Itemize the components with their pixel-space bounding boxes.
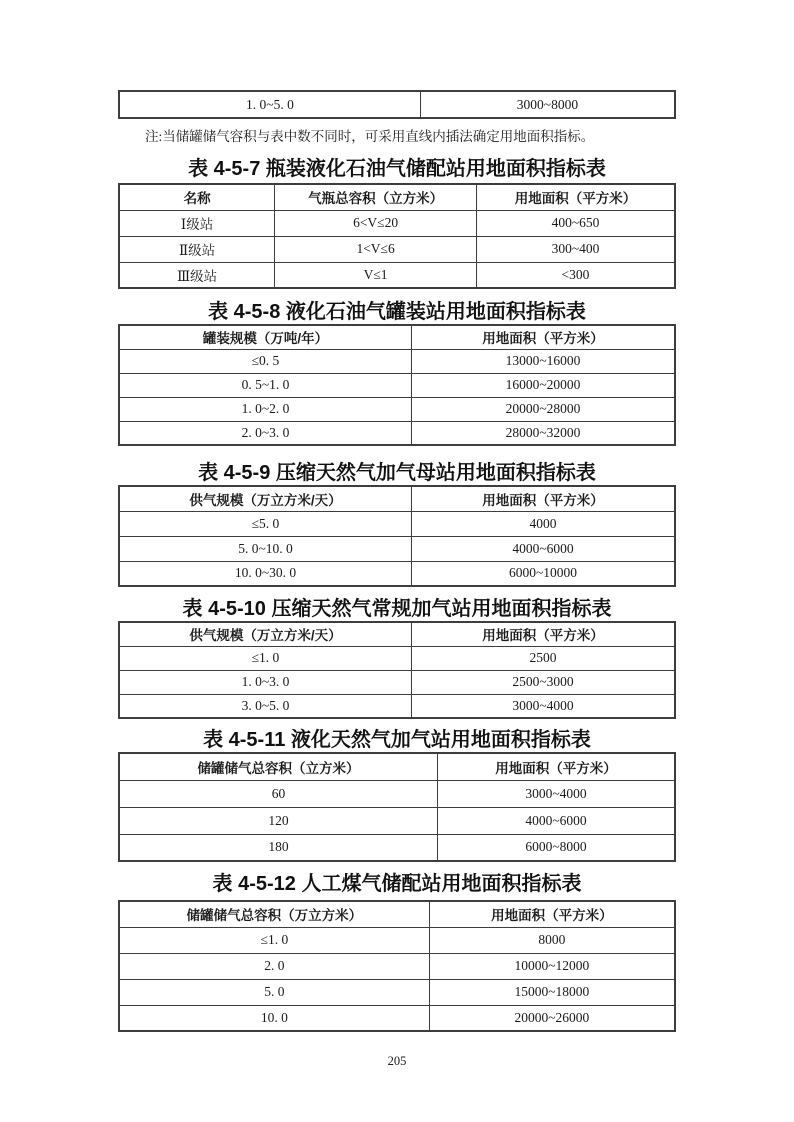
table-cell: 2500 — [411, 646, 675, 670]
table-row: 5. 015000~18000 — [119, 979, 675, 1005]
table-row: 1. 0~2. 020000~28000 — [119, 397, 675, 421]
document-page: 1. 0~5. 03000~8000 注:当储罐储气容积与表中数不同时，可采用直… — [0, 0, 794, 1122]
table-cell: 13000~16000 — [411, 349, 675, 373]
table-row: Ⅲ级站V≤1<300 — [119, 262, 675, 288]
page-number: 205 — [118, 1054, 676, 1069]
table-cell: 3. 0~5. 0 — [119, 694, 411, 718]
table-header-cell: 储罐储气总容积（立方米） — [119, 753, 438, 780]
table-cell: 1<V≤6 — [275, 236, 477, 262]
table-row: 1806000~8000 — [119, 834, 675, 861]
table-4-5-9: 供气规模（万立方米/天）用地面积（平方米）≤5. 040005. 0~10. 0… — [118, 485, 676, 587]
table-cell: 10. 0 — [119, 1005, 429, 1031]
table-cell: 16000~20000 — [411, 373, 675, 397]
table-row: 10. 020000~26000 — [119, 1005, 675, 1031]
table-cell: 3000~8000 — [420, 91, 675, 118]
table-row: 603000~4000 — [119, 780, 675, 807]
table-header-cell: 名称 — [119, 184, 275, 210]
table-cell: 10. 0~30. 0 — [119, 561, 411, 586]
table-cell: 5. 0 — [119, 979, 429, 1005]
table-cell: 300~400 — [476, 236, 675, 262]
table-cell: 4000 — [411, 511, 675, 536]
table-4-5-8: 罐装规模（万吨/年）用地面积（平方米）≤0. 513000~160000. 5~… — [118, 324, 676, 446]
table-cell: 8000 — [429, 927, 675, 953]
table-row: 1. 0~3. 02500~3000 — [119, 670, 675, 694]
table-cell: 2. 0~3. 0 — [119, 421, 411, 445]
table-row: 0. 5~1. 016000~20000 — [119, 373, 675, 397]
table-row: 3. 0~5. 03000~4000 — [119, 694, 675, 718]
table-cell: ≤0. 5 — [119, 349, 411, 373]
table-cell: 2. 0 — [119, 953, 429, 979]
table-row: Ⅰ级站6<V≤20400~650 — [119, 210, 675, 236]
table-cell: 60 — [119, 780, 438, 807]
table-cell: 5. 0~10. 0 — [119, 536, 411, 561]
table-header-cell: 用地面积（平方米） — [411, 622, 675, 646]
table-row: ≤0. 513000~16000 — [119, 349, 675, 373]
table-4-5-11: 储罐储气总容积（立方米）用地面积（平方米）603000~40001204000~… — [118, 752, 676, 862]
table-cell: V≤1 — [275, 262, 477, 288]
table-title-4-5-8: 表 4-5-8 液化石油气罐装站用地面积指标表 — [118, 300, 676, 324]
table-cell: 6000~8000 — [438, 834, 675, 861]
table-cell: Ⅲ级站 — [119, 262, 275, 288]
table-cell: 2500~3000 — [411, 670, 675, 694]
table-cell: 20000~28000 — [411, 397, 675, 421]
table-cell: ≤1. 0 — [119, 927, 429, 953]
table-header-row: 储罐储气总容积（万立方米）用地面积（平方米） — [119, 901, 675, 927]
table-cell: 400~650 — [476, 210, 675, 236]
table-header-cell: 用地面积（平方米） — [476, 184, 675, 210]
table-cell: Ⅱ级站 — [119, 236, 275, 262]
table-header-cell: 用地面积（平方米） — [429, 901, 675, 927]
table-cell: 4000~6000 — [438, 807, 675, 834]
table-cell: 120 — [119, 807, 438, 834]
table-header-row: 储罐储气总容积（立方米）用地面积（平方米） — [119, 753, 675, 780]
continued-table-fragment: 1. 0~5. 03000~8000 — [118, 90, 676, 119]
table-cell: 3000~4000 — [438, 780, 675, 807]
table-header-cell: 用地面积（平方米） — [411, 325, 675, 349]
table-cell: 28000~32000 — [411, 421, 675, 445]
table-header-cell: 罐装规模（万吨/年） — [119, 325, 411, 349]
table-cell: 1. 0~2. 0 — [119, 397, 411, 421]
table-title-4-5-12: 表 4-5-12 人工煤气储配站用地面积指标表 — [118, 872, 676, 896]
table-row: ≤5. 04000 — [119, 511, 675, 536]
table-cell: 0. 5~1. 0 — [119, 373, 411, 397]
table-row: 1. 0~5. 03000~8000 — [119, 91, 675, 118]
table-title-4-5-9: 表 4-5-9 压缩天然气加气母站用地面积指标表 — [118, 461, 676, 485]
table-row: ≤1. 08000 — [119, 927, 675, 953]
table-row: 2. 010000~12000 — [119, 953, 675, 979]
table-cell: 6000~10000 — [411, 561, 675, 586]
table-row: 1204000~6000 — [119, 807, 675, 834]
table-note: 注:当储罐储气容积与表中数不同时，可采用直线内插法确定用地面积指标。 — [145, 129, 676, 145]
table-row: 10. 0~30. 06000~10000 — [119, 561, 675, 586]
table-header-cell: 用地面积（平方米） — [438, 753, 675, 780]
table-4-5-12: 储罐储气总容积（万立方米）用地面积（平方米）≤1. 080002. 010000… — [118, 900, 676, 1032]
table-header-cell: 供气规模（万立方米/天） — [119, 486, 411, 511]
table-cell: ≤1. 0 — [119, 646, 411, 670]
table-cell: ≤5. 0 — [119, 511, 411, 536]
table-row: ≤1. 02500 — [119, 646, 675, 670]
table-cell: 1. 0~3. 0 — [119, 670, 411, 694]
table-cell: Ⅰ级站 — [119, 210, 275, 236]
table-cell: 6<V≤20 — [275, 210, 477, 236]
table-header-cell: 储罐储气总容积（万立方米） — [119, 901, 429, 927]
table-cell: 20000~26000 — [429, 1005, 675, 1031]
table-cell: <300 — [476, 262, 675, 288]
table-cell: 180 — [119, 834, 438, 861]
table-header-row: 供气规模（万立方米/天）用地面积（平方米） — [119, 486, 675, 511]
table-4-5-10: 供气规模（万立方米/天）用地面积（平方米）≤1. 025001. 0~3. 02… — [118, 621, 676, 719]
table-cell: 3000~4000 — [411, 694, 675, 718]
table-header-row: 罐装规模（万吨/年）用地面积（平方米） — [119, 325, 675, 349]
table-cell: 1. 0~5. 0 — [119, 91, 420, 118]
table-row: 2. 0~3. 028000~32000 — [119, 421, 675, 445]
table-header-cell: 用地面积（平方米） — [411, 486, 675, 511]
table-header-row: 名称气瓶总容积（立方米）用地面积（平方米） — [119, 184, 675, 210]
table-4-5-7: 名称气瓶总容积（立方米）用地面积（平方米）Ⅰ级站6<V≤20400~650Ⅱ级站… — [118, 183, 676, 289]
table-cell: 15000~18000 — [429, 979, 675, 1005]
table-header-row: 供气规模（万立方米/天）用地面积（平方米） — [119, 622, 675, 646]
table-title-4-5-7: 表 4-5-7 瓶装液化石油气储配站用地面积指标表 — [118, 157, 676, 181]
table-title-4-5-10: 表 4-5-10 压缩天然气常规加气站用地面积指标表 — [118, 597, 676, 621]
table-title-4-5-11: 表 4-5-11 液化天然气加气站用地面积指标表 — [118, 728, 676, 752]
table-cell: 10000~12000 — [429, 953, 675, 979]
table-cell: 4000~6000 — [411, 536, 675, 561]
table-row: 5. 0~10. 04000~6000 — [119, 536, 675, 561]
table-row: Ⅱ级站1<V≤6300~400 — [119, 236, 675, 262]
table-header-cell: 供气规模（万立方米/天） — [119, 622, 411, 646]
table-header-cell: 气瓶总容积（立方米） — [275, 184, 477, 210]
